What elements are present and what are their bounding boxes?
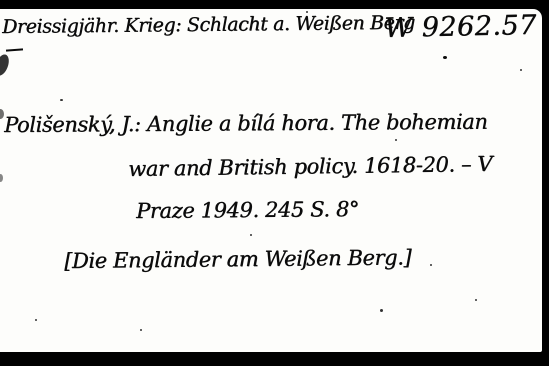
scan-speck bbox=[140, 329, 142, 331]
scan-smudge bbox=[0, 174, 3, 182]
scan-speck bbox=[380, 309, 383, 312]
scan-speck bbox=[60, 99, 63, 101]
scan-speck bbox=[475, 299, 477, 301]
scan-speck bbox=[306, 11, 308, 13]
call-number: W 9262.57 bbox=[384, 10, 537, 44]
scanned-page: Dreissigjähr. Krieg: Schlacht a. Weißen … bbox=[0, 0, 549, 366]
scan-speck bbox=[520, 69, 522, 71]
scan-speck bbox=[395, 139, 397, 141]
scan-speck bbox=[35, 319, 37, 321]
catalog-card: Dreissigjähr. Krieg: Schlacht a. Weißen … bbox=[0, 9, 542, 352]
entry-title-continued: war and British policy. 1618-20. – V bbox=[128, 152, 492, 181]
subject-heading: Dreissigjähr. Krieg: Schlacht a. Weißen … bbox=[2, 12, 415, 38]
scan-speck bbox=[250, 234, 252, 236]
entry-author-title: Polišenský, J.: Anglie a bílá hora. The … bbox=[4, 110, 488, 137]
entry-imprint: Praze 1949. 245 S. 8° bbox=[136, 197, 359, 223]
scan-smudge bbox=[0, 53, 11, 78]
subject-underline bbox=[6, 48, 23, 51]
entry-note: [Die Engländer am Weißen Berg.] bbox=[64, 245, 411, 273]
ink-dot bbox=[443, 56, 447, 59]
scan-speck bbox=[430, 264, 432, 266]
